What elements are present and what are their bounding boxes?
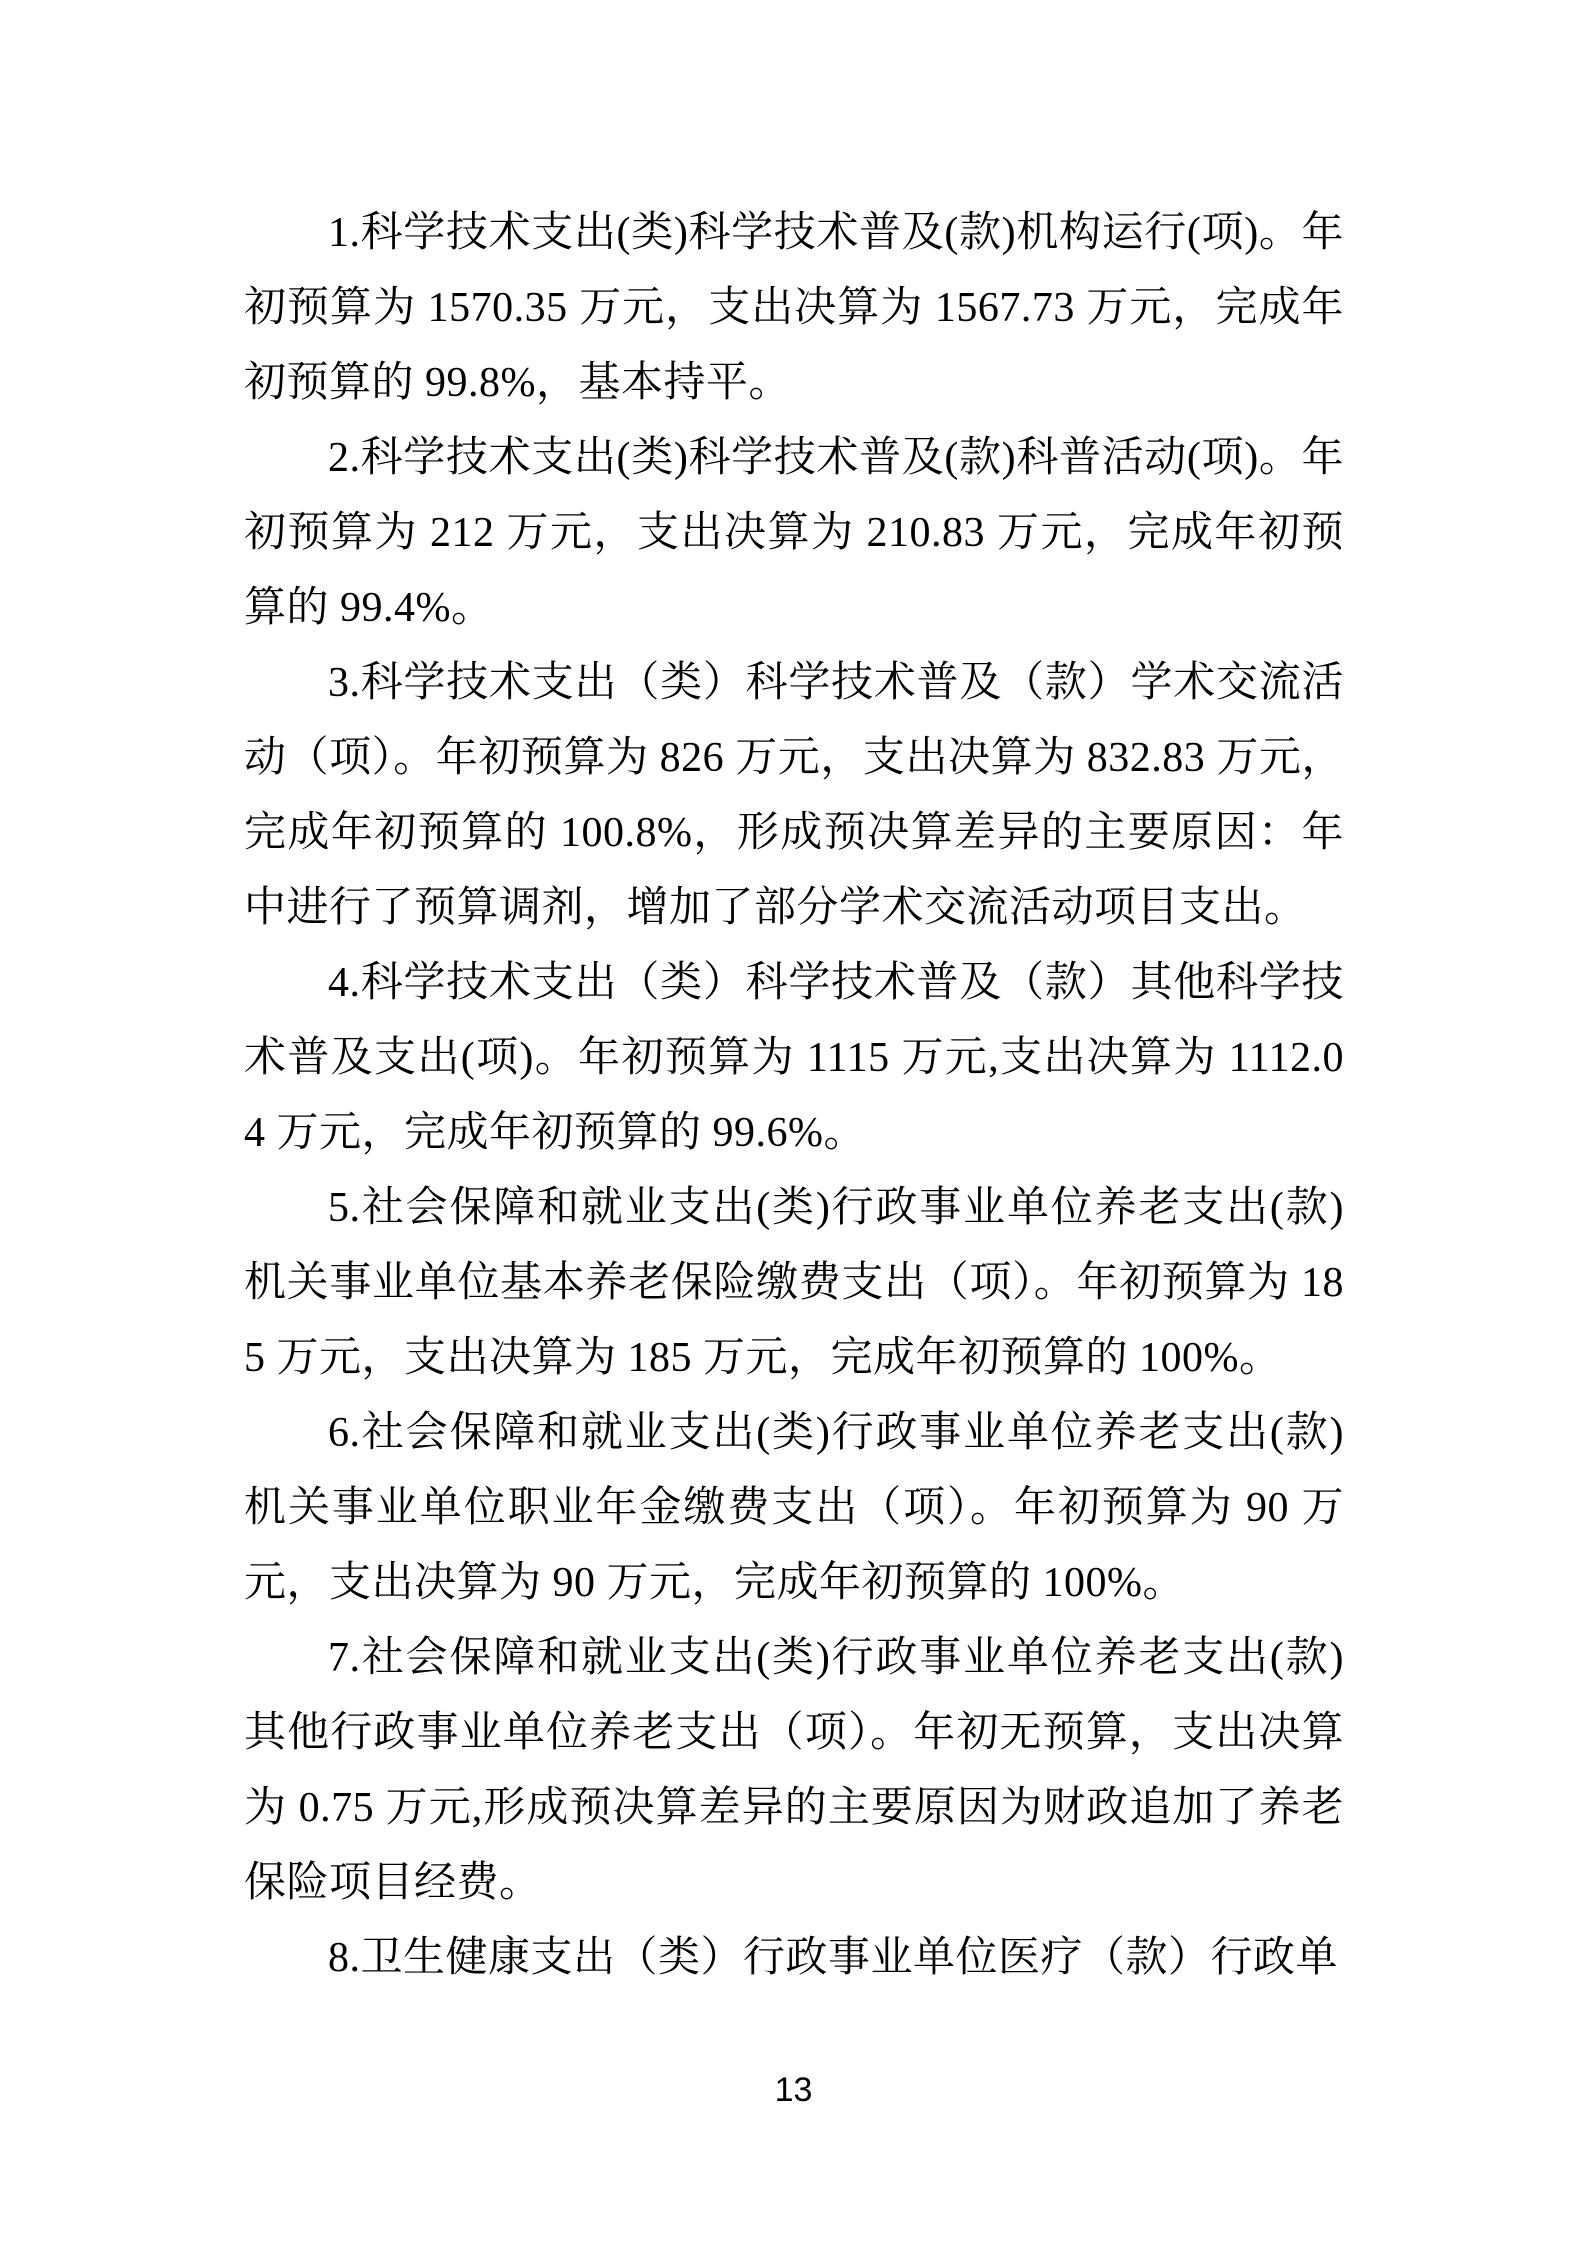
paragraph-1: 1.科学技术支出(类)科学技术普及(款)机构运行(项)。年初预算为 1570.3… [244, 196, 1344, 421]
paragraph-3: 3.科学技术支出（类）科学技术普及（款）学术交流活动（项）。年初预算为 826 … [244, 646, 1344, 946]
paragraph-5: 5.社会保障和就业支出(类)行政事业单位养老支出(款)机关事业单位基本养老保险缴… [244, 1171, 1344, 1396]
document-body: 1.科学技术支出(类)科学技术普及(款)机构运行(项)。年初预算为 1570.3… [244, 196, 1344, 1996]
paragraph-6: 6.社会保障和就业支出(类)行政事业单位养老支出(款)机关事业单位职业年金缴费支… [244, 1396, 1344, 1621]
paragraph-7: 7.社会保障和就业支出(类)行政事业单位养老支出(款)其他行政事业单位养老支出（… [244, 1621, 1344, 1921]
page-footer: 13 [0, 2068, 1587, 2112]
page-number: 13 [775, 2068, 813, 2112]
paragraph-2: 2.科学技术支出(类)科学技术普及(款)科普活动(项)。年初预算为 212 万元… [244, 421, 1344, 646]
paragraph-8: 8.卫生健康支出（类）行政事业单位医疗（款）行政单 [244, 1921, 1344, 1996]
paragraph-4: 4.科学技术支出（类）科学技术普及（款）其他科学技术普及支出(项)。年初预算为 … [244, 946, 1344, 1171]
document-page: 1.科学技术支出(类)科学技术普及(款)机构运行(项)。年初预算为 1570.3… [0, 0, 1587, 2245]
